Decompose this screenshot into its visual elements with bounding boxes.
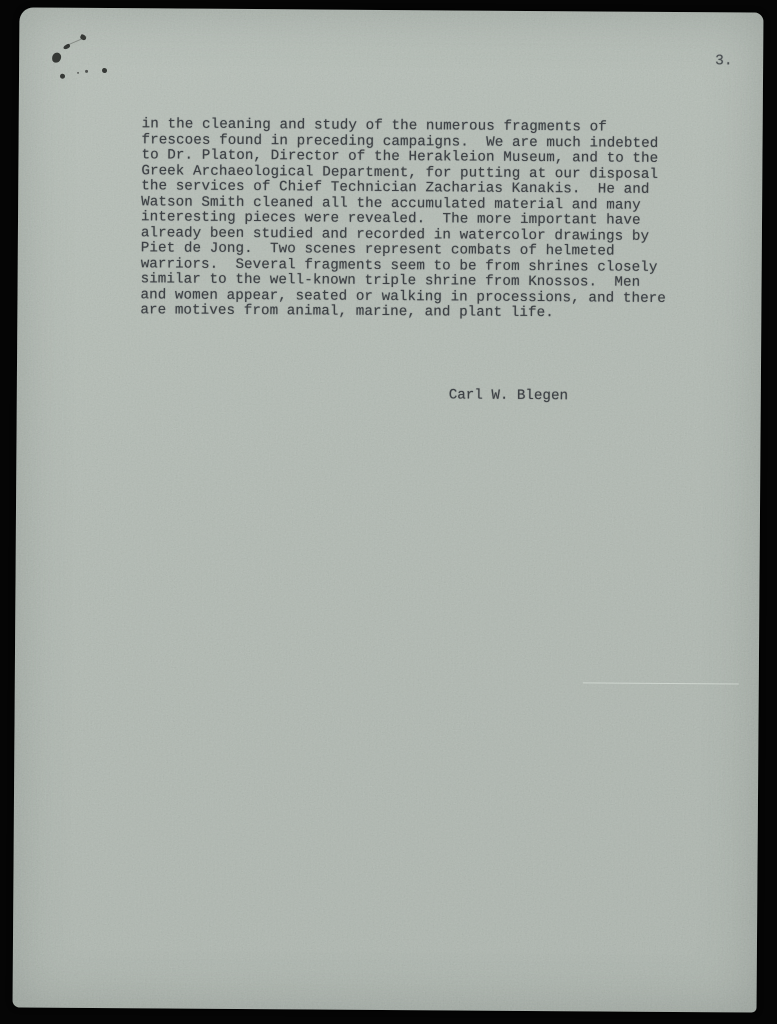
scanned-page: 3. in the cleaning and study of the nume…	[13, 7, 764, 1012]
ink-speck	[85, 70, 88, 73]
scanner-bed: 3. in the cleaning and study of the nume…	[0, 0, 777, 1024]
ink-speck	[52, 53, 61, 63]
ink-speck	[60, 74, 65, 79]
typewritten-paragraph: in the cleaning and study of the numerou…	[140, 117, 667, 322]
ink-speck	[77, 72, 79, 74]
page-number: 3.	[715, 53, 733, 69]
signature: Carl W. Blegen	[449, 387, 568, 404]
ink-speck	[63, 43, 71, 50]
crease-line	[583, 682, 739, 684]
ink-speck	[102, 68, 107, 73]
